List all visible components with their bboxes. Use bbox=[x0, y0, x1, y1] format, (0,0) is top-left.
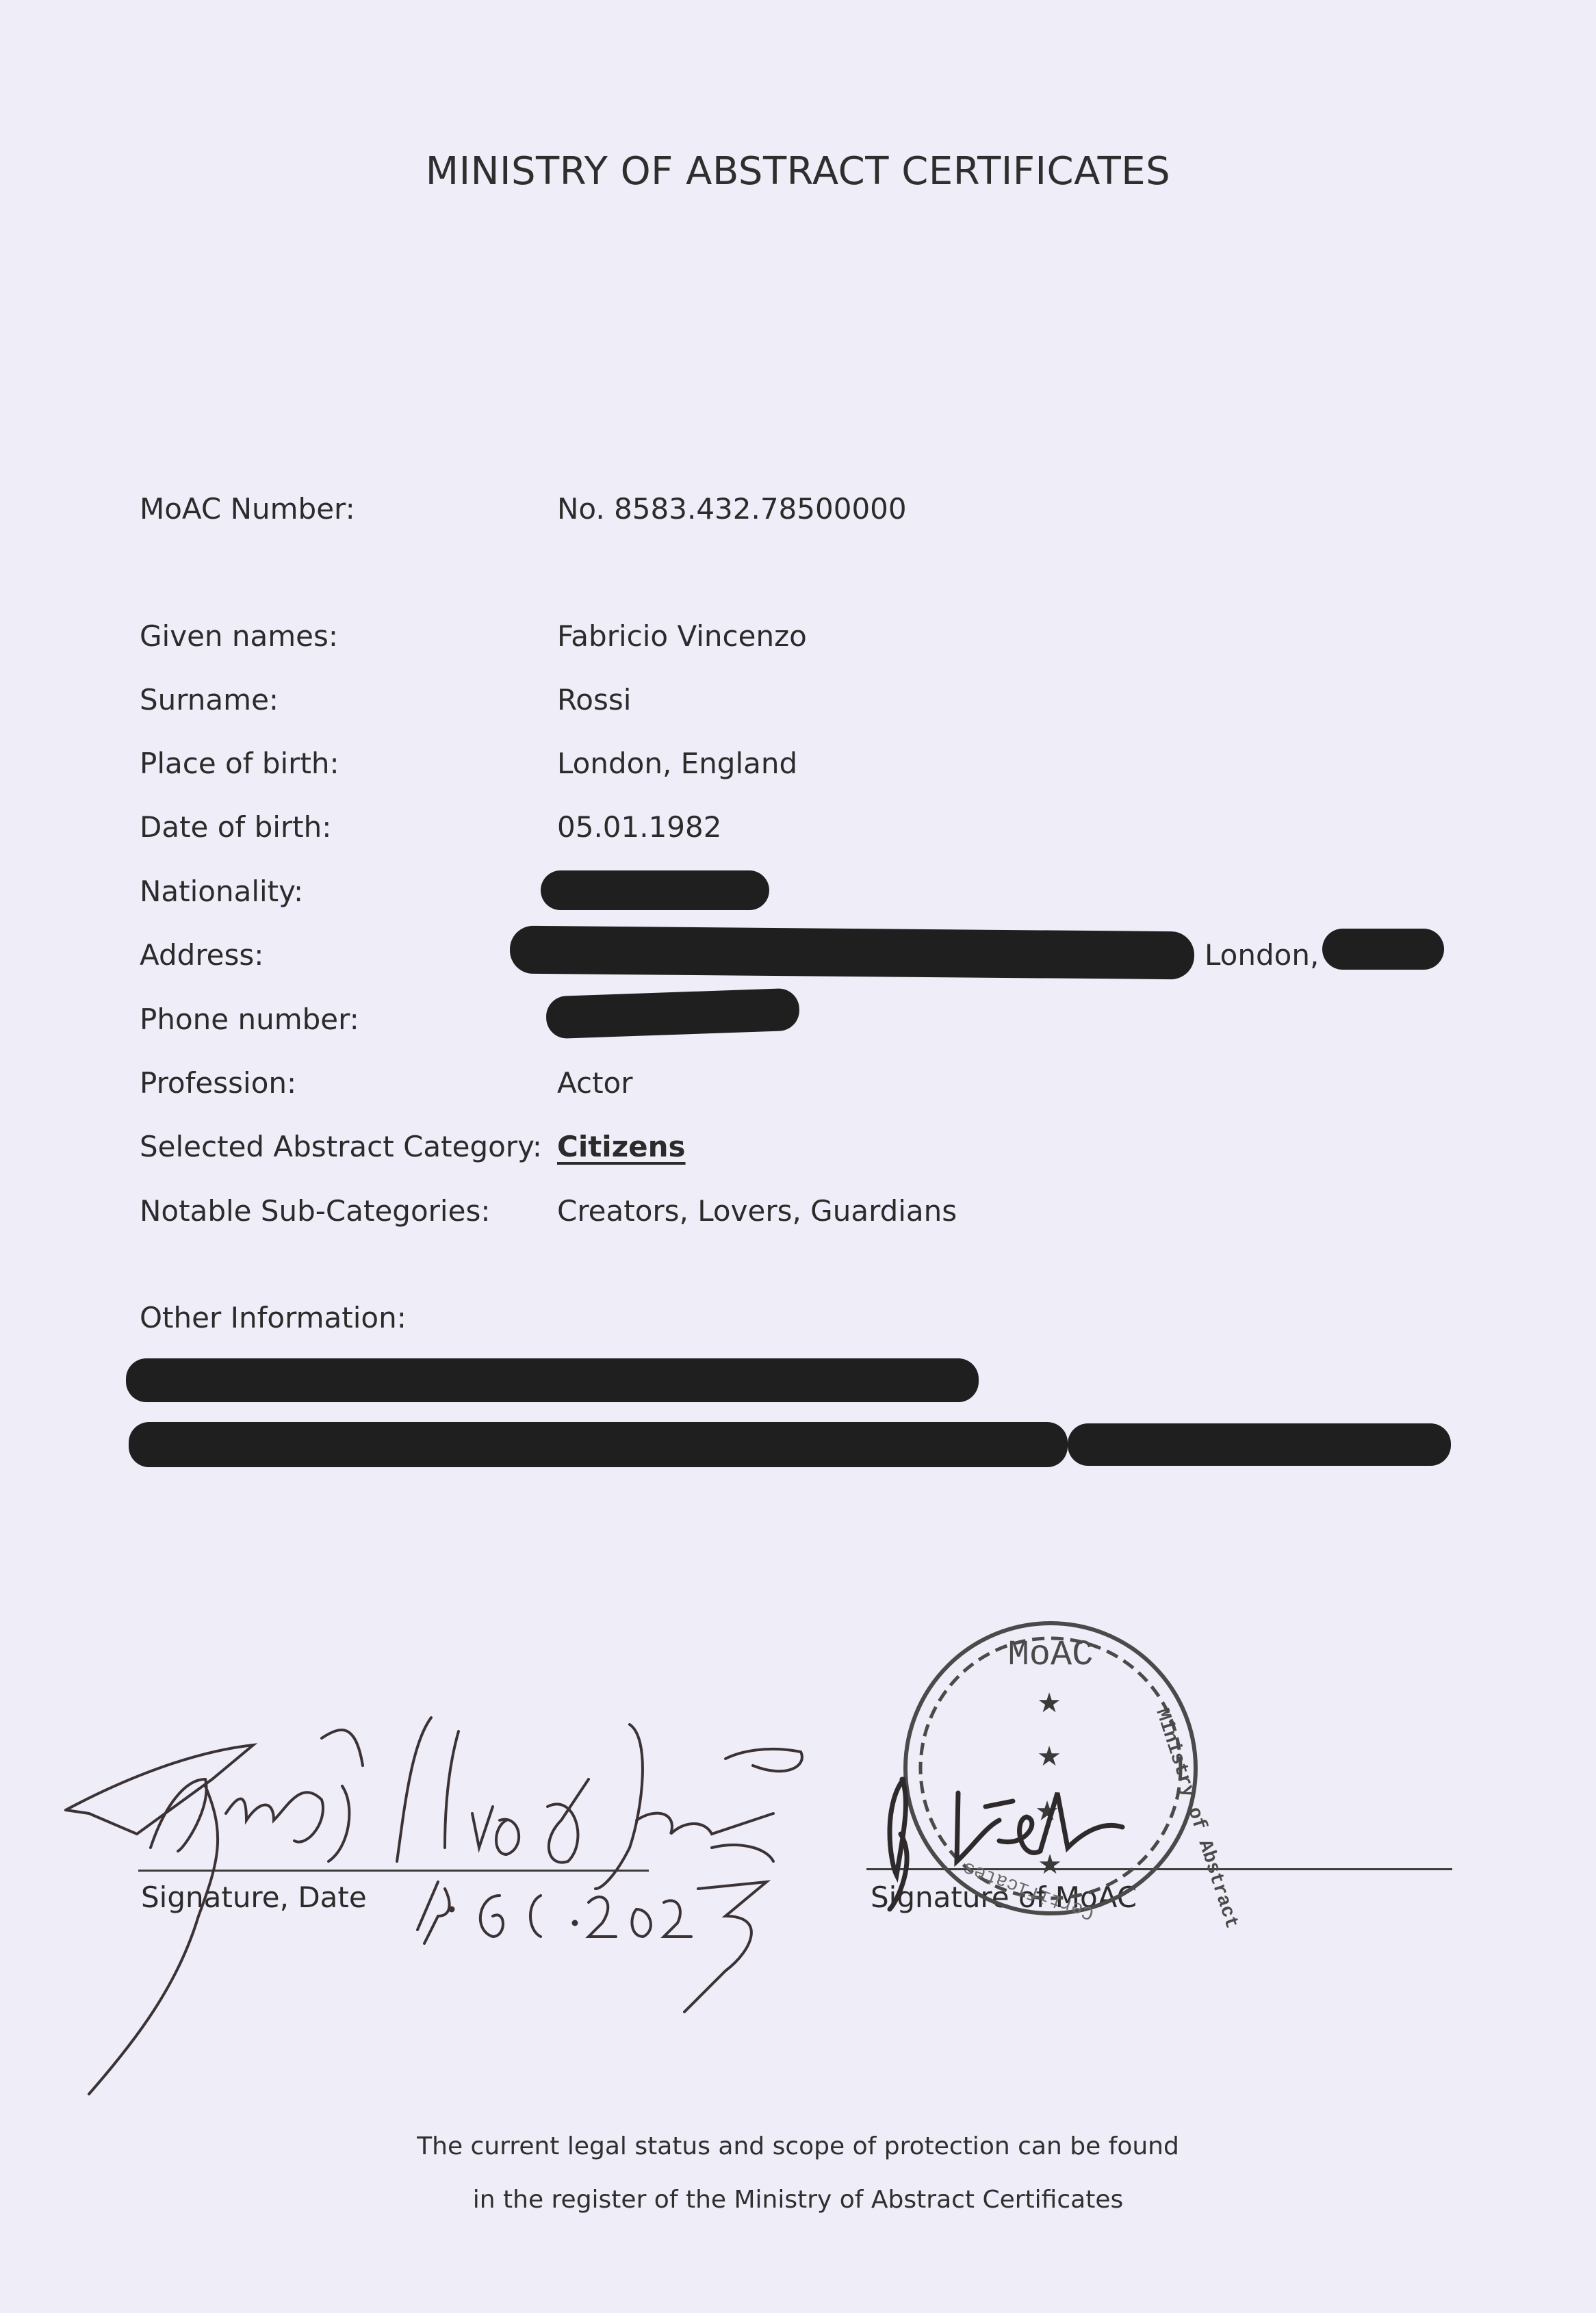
footer-line-1: The current legal status and scope of pr… bbox=[0, 2132, 1596, 2160]
field-label: Other Information: bbox=[140, 1297, 407, 1339]
svg-text:★: ★ bbox=[1037, 1688, 1061, 1719]
field-value: London, England bbox=[557, 743, 797, 784]
page-title: MINISTRY OF ABSTRACT CERTIFICATES bbox=[0, 149, 1596, 194]
field-label: Nationality: bbox=[140, 871, 303, 912]
stamp-ring-text-right: Ministry of Abstract bbox=[1150, 1706, 1241, 1931]
field-label: Date of birth: bbox=[140, 807, 331, 848]
field-label: Notable Sub-Categories: bbox=[140, 1191, 490, 1232]
holder-signature-line bbox=[138, 1870, 649, 1872]
field-label: Selected Abstract Category: bbox=[140, 1126, 542, 1167]
redaction-other-info-line2b bbox=[1068, 1423, 1451, 1466]
star-icon: ★ ★ ★ ★ bbox=[1035, 1688, 1062, 1881]
moac-signature-line bbox=[866, 1868, 1452, 1870]
category-value: Citizens bbox=[557, 1126, 686, 1167]
redaction-nationality bbox=[541, 870, 769, 910]
redaction-phone bbox=[545, 988, 800, 1039]
field-value: No. 8583.432.78500000 bbox=[557, 489, 907, 530]
field-value: 05.01.1982 bbox=[557, 807, 721, 848]
field-value: Creators, Lovers, Guardians bbox=[557, 1191, 957, 1232]
field-value: Actor bbox=[557, 1063, 633, 1104]
field-label: Surname: bbox=[140, 680, 279, 721]
stamp-center-text: MoAC bbox=[1008, 1635, 1094, 1675]
field-label: Address: bbox=[140, 935, 263, 976]
holder-signature-label: Signature, Date bbox=[141, 1881, 367, 1914]
svg-text:★: ★ bbox=[1038, 1849, 1062, 1881]
redaction-other-info-line2a bbox=[129, 1422, 1068, 1467]
handwritten-date bbox=[417, 1882, 767, 2012]
field-label: Phone number: bbox=[140, 999, 359, 1040]
field-value: Fabricio Vincenzo bbox=[557, 616, 807, 657]
field-label: Given names: bbox=[140, 616, 338, 657]
address-visible-fragment: London, bbox=[1205, 935, 1319, 976]
moac-signature-label: Signature of MoAC bbox=[871, 1881, 1137, 1914]
redaction-address-street bbox=[510, 926, 1195, 980]
field-label: Place of birth: bbox=[140, 743, 339, 784]
field-label: MoAC Number: bbox=[140, 489, 355, 530]
svg-text:★: ★ bbox=[1035, 1796, 1059, 1827]
field-label: Profession: bbox=[140, 1063, 296, 1104]
redaction-address-postcode bbox=[1322, 929, 1444, 970]
footer-line-2: in the register of the Ministry of Abstr… bbox=[0, 2186, 1596, 2214]
svg-text:★: ★ bbox=[1037, 1741, 1061, 1772]
field-value: Rossi bbox=[557, 680, 631, 721]
redaction-other-info-line1 bbox=[126, 1358, 979, 1402]
